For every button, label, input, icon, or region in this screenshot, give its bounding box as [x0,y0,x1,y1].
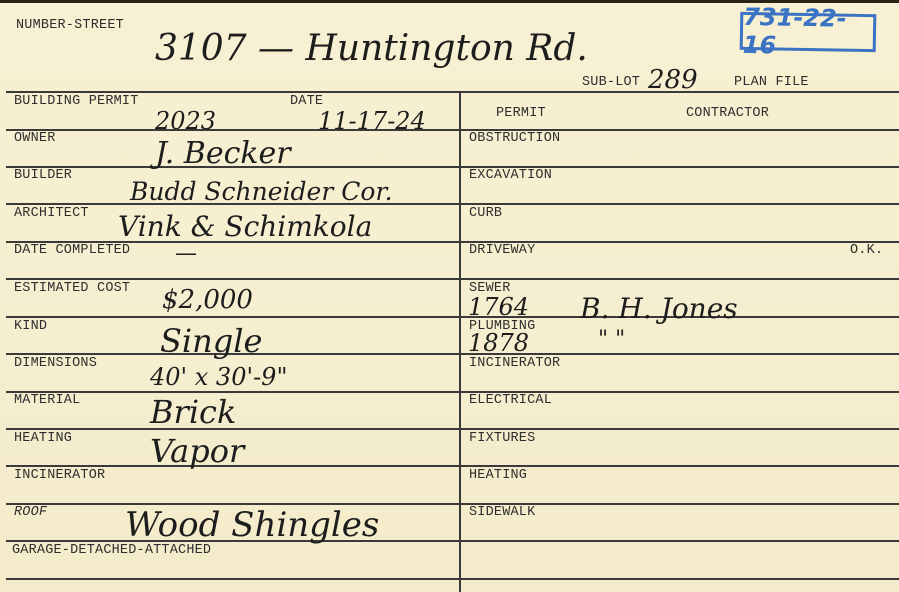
label-excavation: EXCAVATION [469,169,552,183]
stamp-number: 731-22-16 [740,12,877,52]
label-date-completed: DATE COMPLETED [14,244,130,258]
value-kind: Single [160,325,262,357]
number-street-label: NUMBER-STREET [16,19,124,33]
rule-line [6,428,899,430]
label-heating-permit: HEATING [469,469,527,483]
value-date: 11-17-24 [318,109,426,133]
label-fixtures: FIXTURES [469,432,535,446]
permit-column-header: PERMIT [496,107,546,121]
rule-line [6,465,899,467]
label-driveway: DRIVEWAY [469,244,535,258]
label-dimensions: DIMENSIONS [14,357,97,371]
label-building-permit: BUILDING PERMIT [14,95,139,109]
value-heating: Vapor [150,435,244,467]
label-garage: GARAGE-DETACHED-ATTACHED [12,544,211,558]
label-heating: HEATING [14,432,72,446]
permit-card: NUMBER-STREET 3107 — Huntington Rd. 731-… [0,0,899,592]
value-builder: Budd Schneider Cor. [130,179,393,204]
label-incinerator-permit: INCINERATOR [469,357,560,371]
plumbing-contractor: " " [598,329,625,351]
label-obstruction: OBSTRUCTION [469,132,560,146]
value-owner: J. Becker [155,139,291,169]
sublot-value: 289 [648,67,698,93]
plan-file-label: PLAN FILE [734,76,809,90]
rule-line [6,129,899,131]
label-sidewalk: SIDEWALK [469,506,535,520]
label-material: MATERIAL [14,394,80,408]
address-value: 3107 — Huntington Rd. [155,31,588,67]
rule-line [6,166,899,168]
sublot-label: SUB-LOT [582,76,640,90]
rule-line [6,578,899,580]
rule-line [6,91,899,93]
sewer-contractor: B. H. Jones [580,295,738,323]
value-date-completed: — [175,243,197,265]
label-incinerator: INCINERATOR [14,469,105,483]
value-building-permit: 2023 [155,109,216,133]
rule-line [6,391,899,393]
plumbing-permit-number: 1878 [468,331,529,355]
label-curb: CURB [469,207,502,221]
value-roof: Wood Shingles [125,508,379,542]
rule-line [6,278,899,280]
value-dimensions: 40' x 30'-9" [150,365,287,389]
contractor-column-header: CONTRACTOR [686,107,769,121]
label-estimated-cost: ESTIMATED COST [14,282,130,296]
column-divider [459,91,461,592]
driveway-note: O.K. [850,244,883,258]
label-architect: ARCHITECT [14,207,89,221]
value-estimated-cost: $2,000 [162,287,253,313]
rule-line [6,353,899,355]
label-electrical: ELECTRICAL [469,394,552,408]
value-architect: Vink & Schimkola [118,213,372,241]
label-builder: BUILDER [14,169,72,183]
label-roof: ROOF [14,506,47,520]
value-material: Brick [150,396,236,428]
rule-line [6,316,899,318]
sewer-permit-number: 1764 [468,295,529,319]
label-kind: KIND [14,320,47,334]
label-owner: OWNER [14,132,56,146]
